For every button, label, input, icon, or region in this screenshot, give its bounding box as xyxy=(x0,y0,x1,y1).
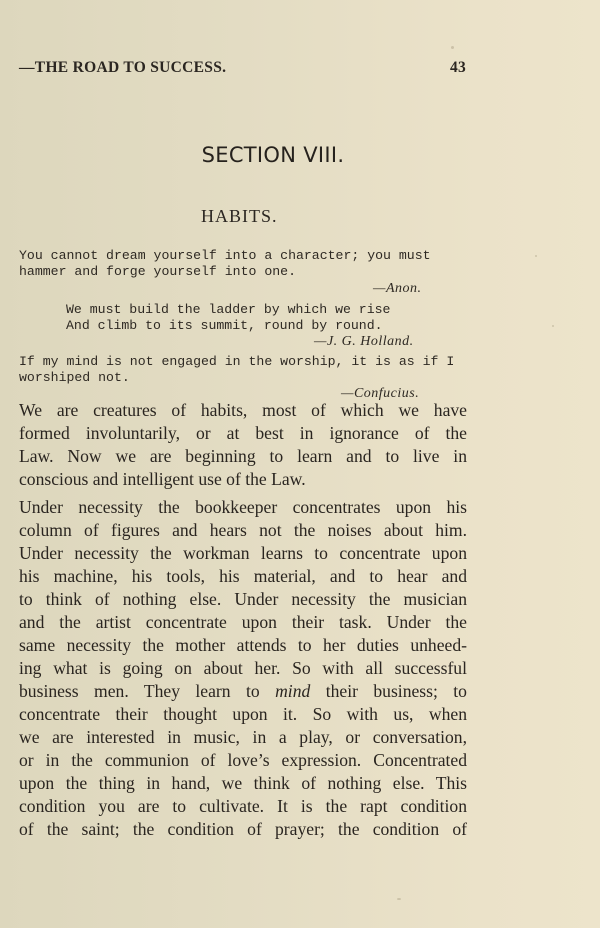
body-line: his machine, his tools, his material, an… xyxy=(19,566,467,587)
body-line: column of figures and hears not the nois… xyxy=(19,520,467,541)
section-subtitle: HABITS. xyxy=(201,206,278,227)
body-line: formed involuntarily, or at best in igno… xyxy=(19,423,467,444)
epigraph-line: You cannot dream yourself into a charact… xyxy=(19,248,431,264)
paper-speck xyxy=(552,325,554,327)
body-line: Under necessity the workman learns to co… xyxy=(19,543,467,564)
epigraph-attribution: —J. G. Holland. xyxy=(314,334,414,350)
epigraph-line: worshiped not. xyxy=(19,370,130,386)
body-line: We are creatures of habits, most of whic… xyxy=(19,400,467,421)
body-line: upon the thing in hand, we think of noth… xyxy=(19,773,467,794)
body-line: or in the communion of love’s expression… xyxy=(19,750,467,771)
body-line: Under necessity the bookkeeper concentra… xyxy=(19,497,467,518)
body-line: of the saint; the condition of prayer; t… xyxy=(19,819,467,840)
section-heading: SECTION VIII. xyxy=(0,143,600,167)
body-line: conscious and intelligent use of the Law… xyxy=(19,469,467,490)
epigraph-attribution: —Anon. xyxy=(373,281,422,297)
paper-speck xyxy=(535,255,537,257)
book-page: —THE ROAD TO SUCCESS. 43 SECTION VIII. H… xyxy=(0,0,600,928)
paper-speck xyxy=(451,46,454,49)
body-line-start: business men. They learn to xyxy=(19,681,260,701)
body-line-with-emphasis: business men. They learn to mind their b… xyxy=(19,681,467,702)
body-line-end: their business; to xyxy=(326,681,467,701)
emphasized-word: mind xyxy=(275,681,310,701)
body-line: condition you are to cultivate. It is th… xyxy=(19,796,467,817)
section-title: SECTION VIII. xyxy=(202,143,345,167)
running-title: —THE ROAD TO SUCCESS. xyxy=(19,59,226,77)
epigraph-line: hammer and forge yourself into one. xyxy=(19,264,296,280)
epigraph-line: We must build the ladder by which we ris… xyxy=(66,302,390,318)
epigraph-line: And climb to its summit, round by round. xyxy=(66,318,383,334)
body-line: we are interested in music, in a play, o… xyxy=(19,727,467,748)
body-line: concentrate their thought upon it. So wi… xyxy=(19,704,467,725)
page-number: 43 xyxy=(450,59,466,77)
body-line: and the artist concentrate upon their ta… xyxy=(19,612,467,633)
body-line: same necessity the mother attends to her… xyxy=(19,635,467,656)
epigraph-line: If my mind is not engaged in the worship… xyxy=(19,354,454,370)
body-line: Law. Now we are beginning to learn and t… xyxy=(19,446,467,467)
body-line: ing what is going on about her. So with … xyxy=(19,658,467,679)
body-line: to think of nothing else. Under necessit… xyxy=(19,589,467,610)
paper-speck xyxy=(397,898,401,900)
